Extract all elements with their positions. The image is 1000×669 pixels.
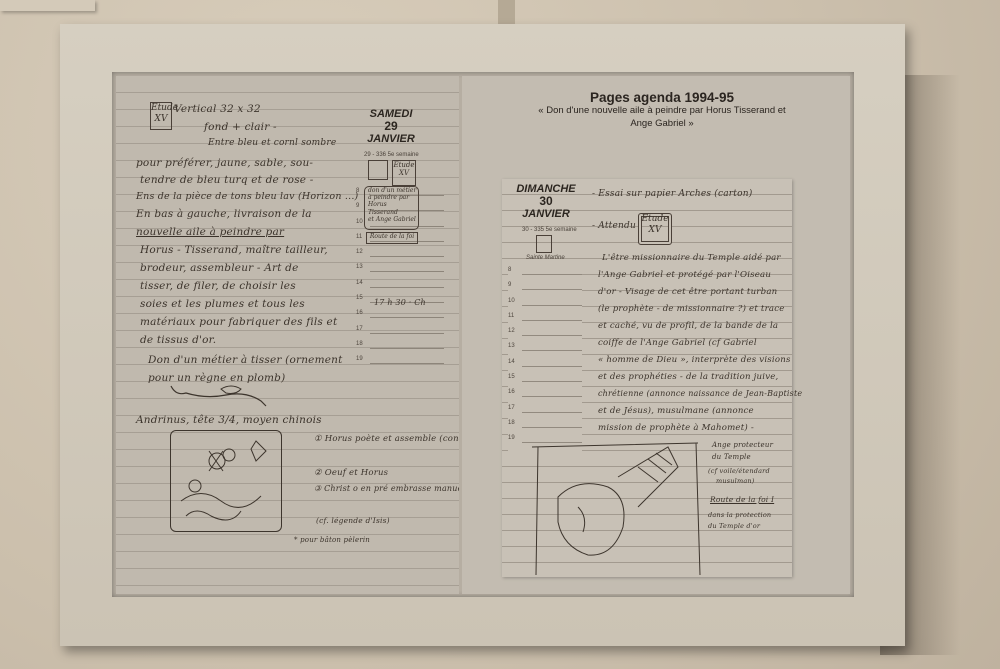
side-note: du Temple	[712, 453, 751, 461]
hand-line: et des prophéties - de la tradition juiv…	[598, 372, 779, 382]
hour-row: 12	[356, 249, 444, 264]
hour-row: 17	[508, 405, 582, 420]
hour-label: 17	[356, 326, 363, 332]
hand-line: nouvelle aile à peindre par	[136, 226, 284, 238]
exhibit-caption: Pages agenda 1994-95 « Don d'une nouvell…	[482, 90, 842, 131]
hour-row: 9	[356, 203, 444, 218]
day-number: 29	[346, 120, 436, 133]
hour-row: 8	[356, 188, 444, 203]
hand-line: soies et les plumes et tous les	[140, 298, 305, 310]
hour-row: 16	[356, 310, 444, 325]
hand-line: mission de prophète à Mahomet) -	[598, 423, 754, 433]
angel-sketch-icon	[528, 437, 718, 577]
left-diary-page: Etude XV Vertical 32 x 32 fond + clair -…	[116, 76, 459, 594]
hand-line: brodeur, assembleur - Art de	[140, 262, 299, 274]
hour-row: 14	[356, 280, 444, 295]
wall-hanger-strip	[498, 0, 515, 26]
hour-label: 13	[508, 343, 515, 349]
caption-title: Pages agenda 1994-95	[482, 90, 842, 105]
etude-box-label: Etude XV	[641, 214, 668, 235]
hand-line: et caché, vu de profil, de la bande de l…	[598, 321, 778, 331]
hour-label: 18	[356, 341, 363, 347]
hour-label: 8	[356, 188, 359, 194]
day-meta: 30 - 335 5e semaine	[522, 227, 577, 233]
day-meta: 29 - 336 5e semaine	[364, 152, 419, 158]
stamp-etude-box: Etude XV	[392, 160, 416, 186]
hand-line: Andrinus, tête 3/4, moyen chinois	[136, 414, 322, 426]
wall-card	[0, 0, 95, 11]
legend-note: (cf. légende d'Isis)	[316, 516, 390, 525]
hour-row: 8	[508, 267, 582, 282]
hour-row: 13	[508, 343, 582, 358]
hand-line: Entre bleu et cornl sombre	[208, 138, 336, 148]
hour-label: 10	[508, 298, 515, 304]
caption-subtitle: Ange Gabriel »	[482, 118, 842, 131]
hand-line: tendre de bleu turq et de rose -	[140, 174, 314, 186]
side-note: Route de la foi I	[710, 495, 774, 504]
hand-line: pour préférer, jaune, sable, sou-	[136, 157, 313, 169]
hour-label: 8	[508, 267, 511, 273]
picture-frame: Etude XV Vertical 32 x 32 fond + clair -…	[60, 24, 905, 646]
hand-line: d'or - Visage de cet être portant turban	[598, 287, 777, 297]
hand-line: matériaux pour fabriquer des fils et	[140, 316, 337, 328]
hour-17-note: 17 h 30 · Ch	[374, 298, 426, 307]
hour-label: 18	[508, 420, 515, 426]
left-hour-list: 8 9 10 11 12 13 14 15 16 17 18 19	[356, 188, 444, 372]
stamp-label: Etude XV	[393, 161, 414, 177]
hour-row: 10	[508, 298, 582, 313]
right-day-header: DIMANCHE 30 JANVIER	[506, 183, 586, 220]
hour-label: 17	[508, 405, 515, 411]
right-hour-list: 8 9 10 11 12 13 14 15 16 17 18 19	[508, 267, 582, 451]
hour-row: 9	[508, 282, 582, 297]
hour-label: 15	[356, 295, 363, 301]
hand-line: Don d'un métier à tisser (ornement	[148, 354, 343, 366]
hand-line: Vertical 32 x 32	[174, 103, 261, 115]
hour-label: 16	[356, 310, 363, 316]
stamp-box	[536, 235, 552, 253]
legend-note: ② Oeuf et Horus	[314, 468, 388, 478]
hour-row: 12	[508, 328, 582, 343]
hour-label: 11	[508, 313, 514, 319]
hour-row: 10	[356, 219, 444, 234]
hour-label: 19	[508, 435, 515, 441]
hand-line: - Essai sur papier Arches (carton)	[592, 189, 752, 199]
legend-note: ① Horus poète et assemble (cond une manc…	[314, 434, 459, 444]
hour-row: 11	[356, 234, 444, 249]
hour-row: 15	[508, 374, 582, 389]
hour-label: 12	[508, 328, 515, 334]
hour-row: 13	[356, 264, 444, 279]
right-page: Pages agenda 1994-95 « Don d'une nouvell…	[462, 76, 850, 594]
hand-line: En bas à gauche, livraison de la	[136, 208, 312, 220]
hand-line: « homme de Dieu », interprète des vision…	[598, 355, 791, 365]
month: JANVIER	[346, 133, 436, 145]
hand-line: Horus - Tisserand, maître tailleur,	[140, 244, 328, 256]
etude-box: Etude XV	[638, 213, 672, 245]
hour-label: 14	[508, 359, 515, 365]
hour-row: 17	[356, 326, 444, 341]
hour-label: 14	[356, 280, 363, 286]
right-diary-page: DIMANCHE 30 JANVIER 30 - 335 5e semaine …	[502, 179, 792, 577]
month: JANVIER	[506, 208, 586, 220]
hour-row: 19	[356, 356, 444, 371]
side-note: dans la protection	[708, 511, 771, 519]
hour-label: 11	[356, 234, 362, 240]
hour-label: 12	[356, 249, 363, 255]
hand-line: et de Jésus), musulmane (annonce	[598, 406, 754, 416]
frame-mat: Etude XV Vertical 32 x 32 fond + clair -…	[112, 72, 854, 597]
side-note: du Temple d'or	[708, 522, 760, 530]
hour-row: 14	[508, 359, 582, 374]
hour-row: 18	[508, 420, 582, 435]
hour-label: 9	[508, 282, 511, 288]
hand-line: l'Ange Gabriel et protégé par l'Oiseau	[598, 270, 771, 280]
hour-label: 16	[508, 389, 515, 395]
day-number: 30	[506, 195, 586, 208]
hour-row: 11	[508, 313, 582, 328]
legend-note: ③ Christ o en pré embrasse manuel o des …	[314, 484, 459, 493]
etude-box: Etude XV	[150, 102, 172, 130]
hand-line: - Attendu	[592, 221, 636, 231]
side-note: musulman)	[716, 477, 755, 485]
hand-line: fond + clair -	[204, 121, 277, 133]
composition-sketch	[170, 430, 282, 532]
hour-label: 19	[356, 356, 363, 362]
hand-line: Ens de la pièce de tons bleu lav (Horizo…	[136, 191, 358, 202]
caption-subtitle: « Don d'une nouvelle aile à peindre par …	[482, 105, 842, 118]
hand-line: tisser, de filer, de choisir les	[140, 280, 296, 292]
hour-row: 18	[356, 341, 444, 356]
stamp-box	[368, 160, 388, 180]
hand-line: L'être missionnaire du Temple aidé par	[602, 253, 781, 263]
sketch-hand-icon	[166, 381, 276, 411]
hand-line: coiffe de l'Ange Gabriel (cf Gabriel	[598, 338, 757, 348]
sketch-drawing-icon	[171, 431, 281, 531]
hand-line: chrétienne (annonce naissance de Jean-Ba…	[598, 389, 802, 398]
hour-label: 9	[356, 203, 359, 209]
saint-name: Sainte Martine	[526, 255, 565, 261]
legend-note: * pour bâton pèlerin	[294, 536, 370, 544]
hour-label: 13	[356, 264, 363, 270]
left-day-header: SAMEDI 29 JANVIER	[346, 108, 436, 145]
hand-line: (le prophète - de missionnaire ?) et tra…	[598, 304, 785, 314]
side-note: Ange protecteur	[712, 441, 773, 449]
hour-row: 16	[508, 389, 582, 404]
hour-label: 10	[356, 219, 363, 225]
hour-label: 15	[508, 374, 515, 380]
side-note: (cf voile/étendard	[708, 467, 770, 475]
hand-line: de tissus d'or.	[140, 334, 216, 346]
